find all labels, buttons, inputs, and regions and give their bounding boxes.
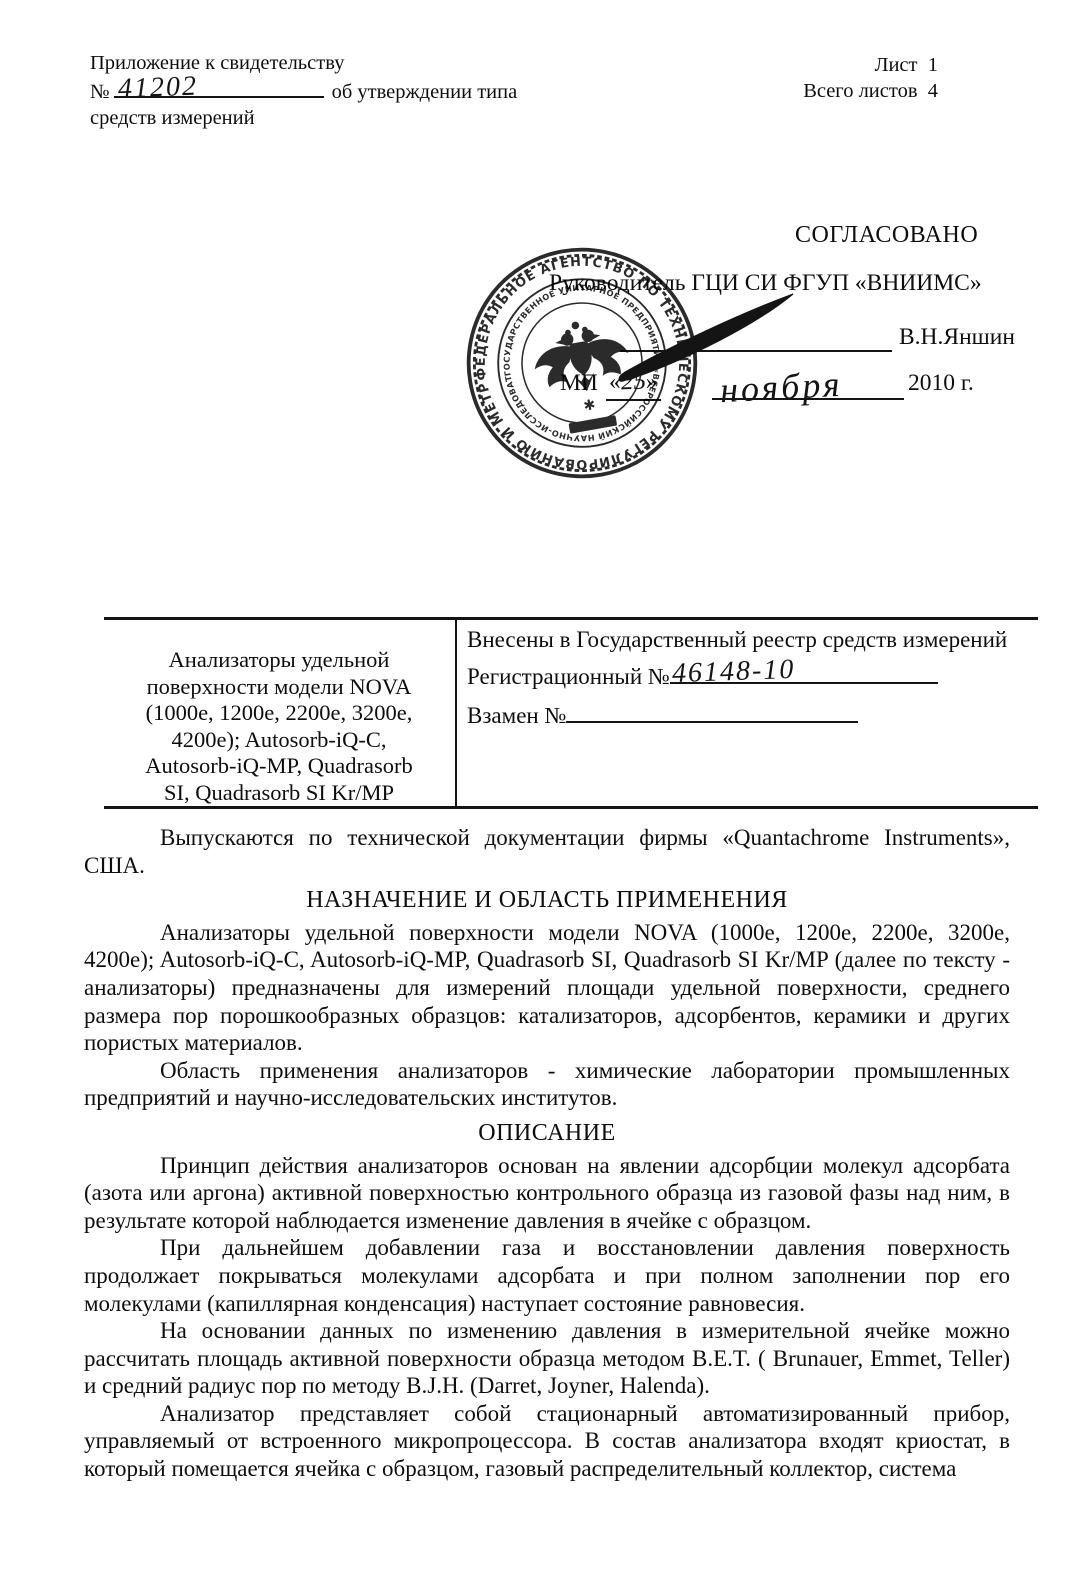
appendix-line2: №41202об утверждении типа <box>90 76 520 105</box>
section-heading-purpose: НАЗНАЧЕНИЕ И ОБЛАСТЬ ПРИМЕНЕНИЯ <box>84 887 1010 915</box>
certificate-number-blank: 41202 <box>114 76 324 98</box>
purpose-paragraph-2: Область применения анализаторов - химиче… <box>84 1057 1010 1112</box>
description-paragraph-2: При дальнейшем добавлении газа и восстан… <box>84 1234 1010 1317</box>
instrument-name-cell: Анализаторы удельной поверхности модели … <box>104 647 454 806</box>
registry-table: Анализаторы удельной поверхности модели … <box>104 617 1038 809</box>
total-sheets: Всего листов 4 <box>778 78 938 104</box>
registry-entry-line: Внесены в Государственный реестр средств… <box>467 627 1007 653</box>
signature-stroke <box>619 294 793 381</box>
registration-label: Регистрационный № <box>467 664 670 689</box>
document-body: Выпускаются по технической документации … <box>84 824 1010 1483</box>
replaces-label: Взамен № <box>467 703 566 728</box>
replaces-number-blank <box>566 703 858 723</box>
registration-number-handwritten: 46148-10 <box>671 654 795 690</box>
sheet-number: Лист 1 <box>778 52 938 78</box>
intro-paragraph: Выпускаются по технической документации … <box>84 824 1010 879</box>
certificate-appendix-header: Приложение к свидетельству №41202об утве… <box>90 50 520 131</box>
description-paragraph-4: Анализатор представляет собой стационарн… <box>84 1400 1010 1483</box>
registration-number-row: Регистрационный №46148-10 <box>467 664 938 690</box>
signature-flourish <box>600 285 820 395</box>
document-page: Приложение к свидетельству №41202об утве… <box>0 0 1092 1572</box>
stamp-star: ✱ <box>582 397 597 415</box>
registration-number-blank: 46148-10 <box>670 664 938 684</box>
sheet-counter: Лист 1 Всего листов 4 <box>778 52 938 104</box>
registry-entry-cell: Внесены в Государственный реестр средств… <box>457 620 1038 806</box>
certificate-number-handwritten: 41202 <box>117 74 198 103</box>
number-sign: № <box>90 81 110 103</box>
section-heading-description: ОПИСАНИЕ <box>84 1120 1010 1148</box>
signer-name: В.Н.Яншин <box>899 324 1015 351</box>
approval-title: СОГЛАСОВАНО <box>795 222 978 249</box>
purpose-paragraph-1: Анализаторы удельной поверхности модели … <box>84 919 1010 1057</box>
date-year: 2010 г. <box>908 370 974 397</box>
appendix-line3: средств измерений <box>90 105 520 131</box>
appendix-line2-rest: об утверждении типа <box>332 81 518 103</box>
replaces-number-row: Взамен № <box>467 703 858 729</box>
description-paragraph-3: На основании данных по изменению давлени… <box>84 1317 1010 1400</box>
description-paragraph-1: Принцип действия анализаторов основан на… <box>84 1152 1010 1235</box>
